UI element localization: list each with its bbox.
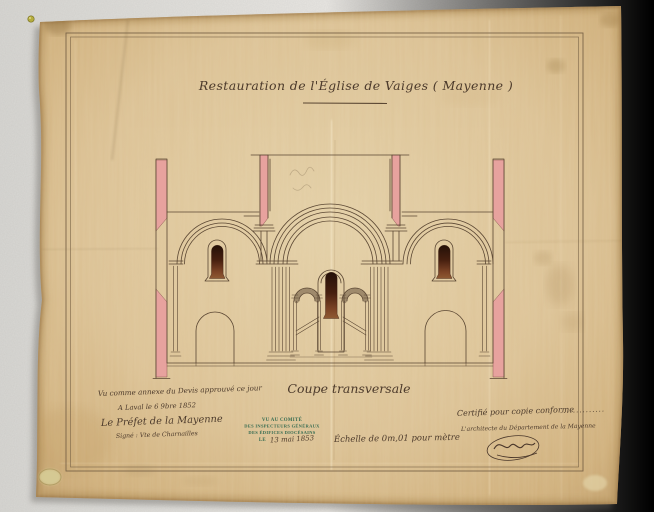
page-title: Restauration de l'Église de Vaiges ( May…: [198, 78, 513, 93]
left-nave-pier: [260, 155, 268, 226]
photograph-of-archival-drawing: Restauration de l'Église de Vaiges ( May…: [0, 0, 654, 512]
stamp-line1: VU AU COMITÉ: [262, 417, 303, 423]
stamp-line4-prefix: LE: [259, 438, 267, 443]
right-nave-pier: [392, 155, 400, 226]
drawing-caption: Coupe transversale: [287, 381, 410, 396]
stamp-line2: DES INSPECTEURS GÉNÉRAUX: [244, 424, 320, 429]
chancel-window: [324, 272, 340, 318]
title-underline: [303, 103, 387, 104]
push-pin: [28, 16, 34, 22]
certification-dots: ..............: [560, 405, 605, 415]
